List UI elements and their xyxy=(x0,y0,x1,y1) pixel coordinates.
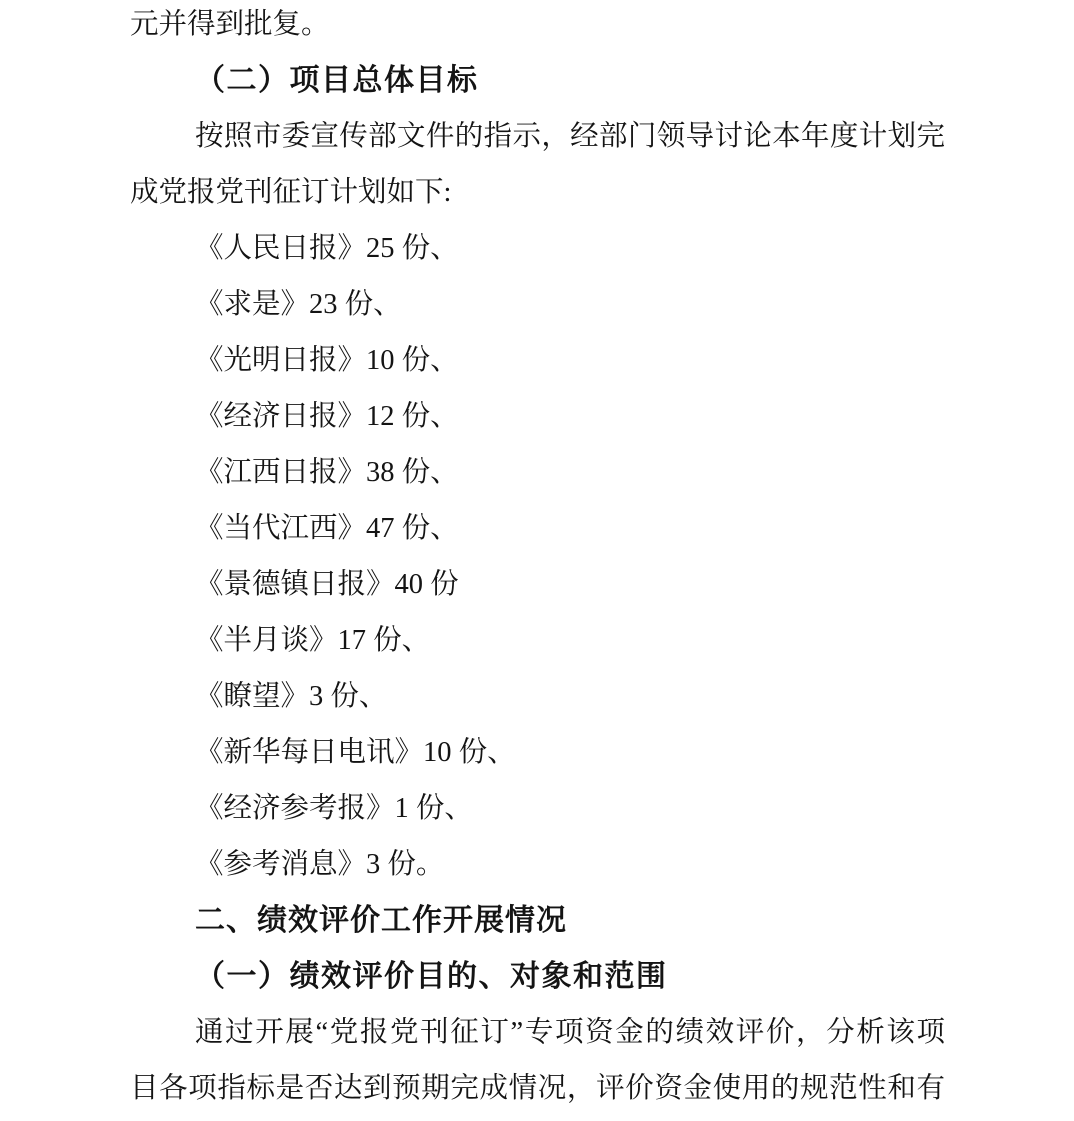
list-item-publication: 《光明日报》10 份、 xyxy=(130,333,945,389)
list-item-publication: 《江西日报》38 份、 xyxy=(130,445,945,501)
heading-section-2-evaluation-work: 二、绩效评价工作开展情况 xyxy=(130,893,945,949)
list-item-publication: 《当代江西》47 份、 xyxy=(130,501,945,557)
list-item-publication: 《景德镇日报》40 份 xyxy=(130,557,945,613)
list-item-publication: 《求是》23 份、 xyxy=(130,277,945,333)
document-text-block: 元并得到批复。 （二）项目总体目标 按照市委宣传部文件的指示，经部门领导讨论本年… xyxy=(130,0,945,1117)
body-line-continuation: 元并得到批复。 xyxy=(130,0,945,53)
heading-project-overall-goal: （二）项目总体目标 xyxy=(130,53,945,109)
paragraph-evaluation-intro: 通过开展“党报党刊征订”专项资金的绩效评价，分析该项 xyxy=(130,1005,945,1061)
paragraph-plan-intro: 按照市委宣传部文件的指示，经部门领导讨论本年度计划完 xyxy=(130,109,945,165)
list-item-publication: 《瞭望》3 份、 xyxy=(130,669,945,725)
paragraph-evaluation-continuation: 目各项指标是否达到预期完成情况，评价资金使用的规范性和有 xyxy=(130,1061,945,1117)
heading-evaluation-purpose-scope: （一）绩效评价目的、对象和范围 xyxy=(130,949,945,1005)
list-item-publication: 《新华每日电讯》10 份、 xyxy=(130,725,945,781)
list-item-publication: 《参考消息》3 份。 xyxy=(130,837,945,893)
list-item-publication: 《人民日报》25 份、 xyxy=(130,221,945,277)
list-item-publication: 《经济参考报》1 份、 xyxy=(130,781,945,837)
list-item-publication: 《半月谈》17 份、 xyxy=(130,613,945,669)
paragraph-plan-intro-continuation: 成党报党刊征订计划如下: xyxy=(130,165,945,221)
list-item-publication: 《经济日报》12 份、 xyxy=(130,389,945,445)
document-page: 元并得到批复。 （二）项目总体目标 按照市委宣传部文件的指示，经部门领导讨论本年… xyxy=(0,0,1074,1121)
